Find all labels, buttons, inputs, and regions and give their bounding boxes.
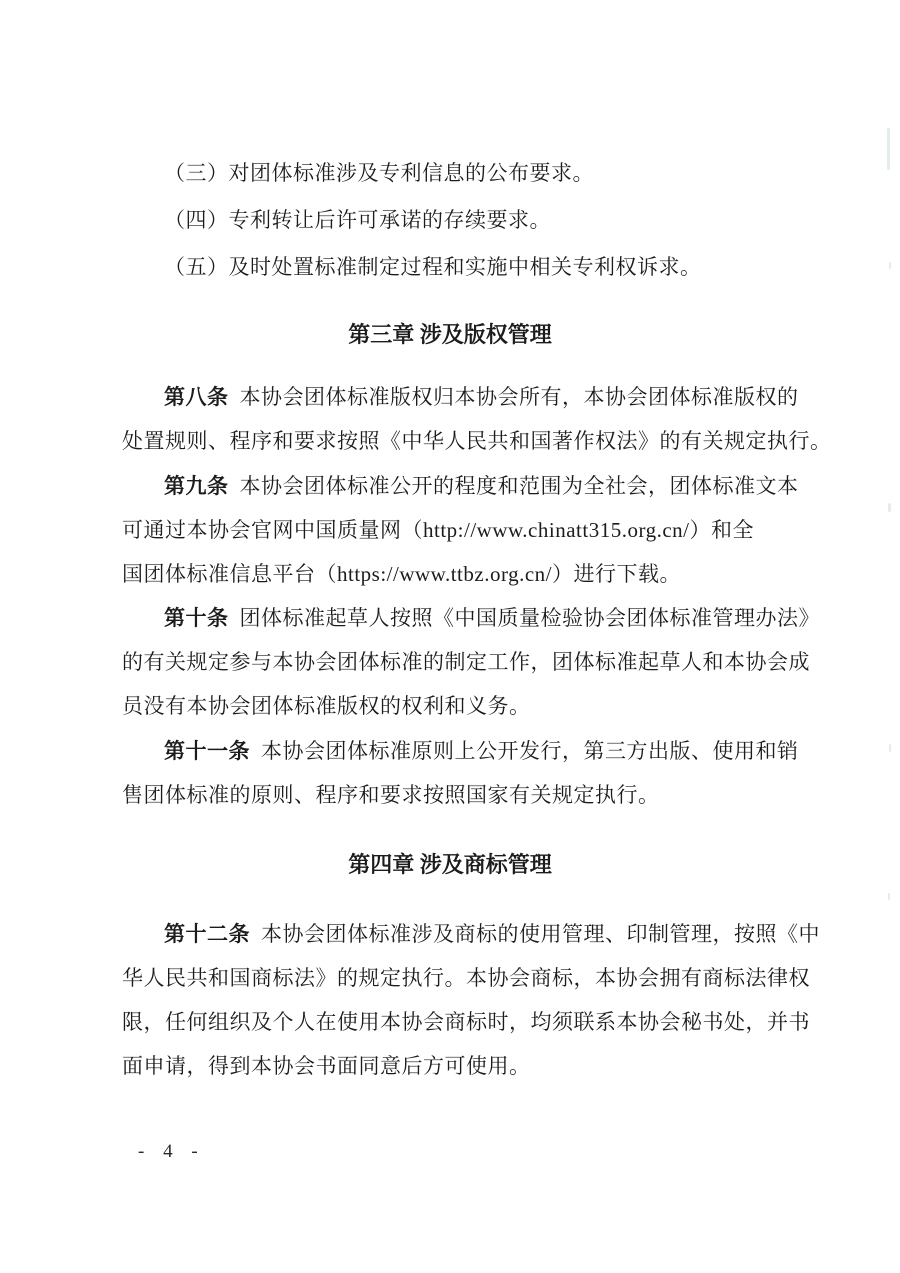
article-11-line-2: 售团体标准的原则、程序和要求按照国家有关规定执行。 [122,780,660,810]
article-12-line-4: 面申请，得到本协会书面同意后方可使用。 [122,1051,531,1081]
chapter-heading-3: 第三章 涉及版权管理 [0,320,900,350]
article-11-text: 本协会团体标准原则上公开发行，第三方出版、使用和销 [261,739,799,763]
article-9-number: 第九条 [164,474,229,498]
article-12-line-3: 限，任何组织及个人在使用本协会商标时，均须联系本协会秘书处，并书 [122,1007,810,1037]
article-8-line-2: 处置规则、程序和要求按照《中华人民共和国著作权法》的有关规定执行。 [122,426,832,456]
article-11-line-1: 第十一条本协会团体标准原则上公开发行，第三方出版、使用和销 [164,736,799,766]
list-item-5: （五）及时处置标准制定过程和实施中相关专利权诉求。 [164,252,702,282]
article-10-line-3: 员没有本协会团体标准版权的权利和义务。 [122,691,531,721]
document-page: （三）对团体标准涉及专利信息的公布要求。 （四）专利转让后许可承诺的存续要求。 … [0,0,900,1273]
scan-artifact [888,503,891,512]
article-10-line-2: 的有关规定参与本协会团体标准的制定工作，团体标准起草人和本协会成 [122,647,810,677]
article-11-number: 第十一条 [164,739,250,763]
scan-artifact [888,893,890,900]
list-item-3: （三）对团体标准涉及专利信息的公布要求。 [164,158,594,188]
article-10-line-1: 第十条团体标准起草人按照《中国质量检验协会团体标准管理办法》 [164,603,820,633]
article-8-number: 第八条 [164,385,229,409]
scan-artifact [889,262,891,269]
article-9-line-1: 第九条本协会团体标准公开的程度和范围为全社会，团体标准文本 [164,471,799,501]
article-12-number: 第十二条 [164,922,250,946]
article-12-line-2: 华人民共和国商标法》的规定执行。本协会商标，本协会拥有商标法律权 [122,963,810,993]
page-number: - 4 - [138,1141,205,1163]
article-9-line-2: 可通过本协会官网中国质量网（http://www.chinatt315.org.… [122,515,754,545]
list-item-4: （四）专利转让后许可承诺的存续要求。 [164,205,551,235]
article-8-line-1: 第八条本协会团体标准版权归本协会所有，本协会团体标准版权的 [164,382,799,412]
article-12-line-1: 第十二条本协会团体标准涉及商标的使用管理、印制管理，按照《中 [164,919,820,949]
article-8-text: 本协会团体标准版权归本协会所有，本协会团体标准版权的 [240,385,799,409]
article-10-number: 第十条 [164,606,229,630]
article-12-text: 本协会团体标准涉及商标的使用管理、印制管理，按照《中 [261,922,820,946]
scan-artifact [887,128,890,170]
article-9-text: 本协会团体标准公开的程度和范围为全社会，团体标准文本 [240,474,799,498]
article-9-line-3: 国团体标准信息平台（https://www.ttbz.org.cn/）进行下载。 [122,559,681,589]
scan-artifact [889,744,891,752]
chapter-heading-4: 第四章 涉及商标管理 [0,850,900,880]
article-10-text: 团体标准起草人按照《中国质量检验协会团体标准管理办法》 [240,606,821,630]
